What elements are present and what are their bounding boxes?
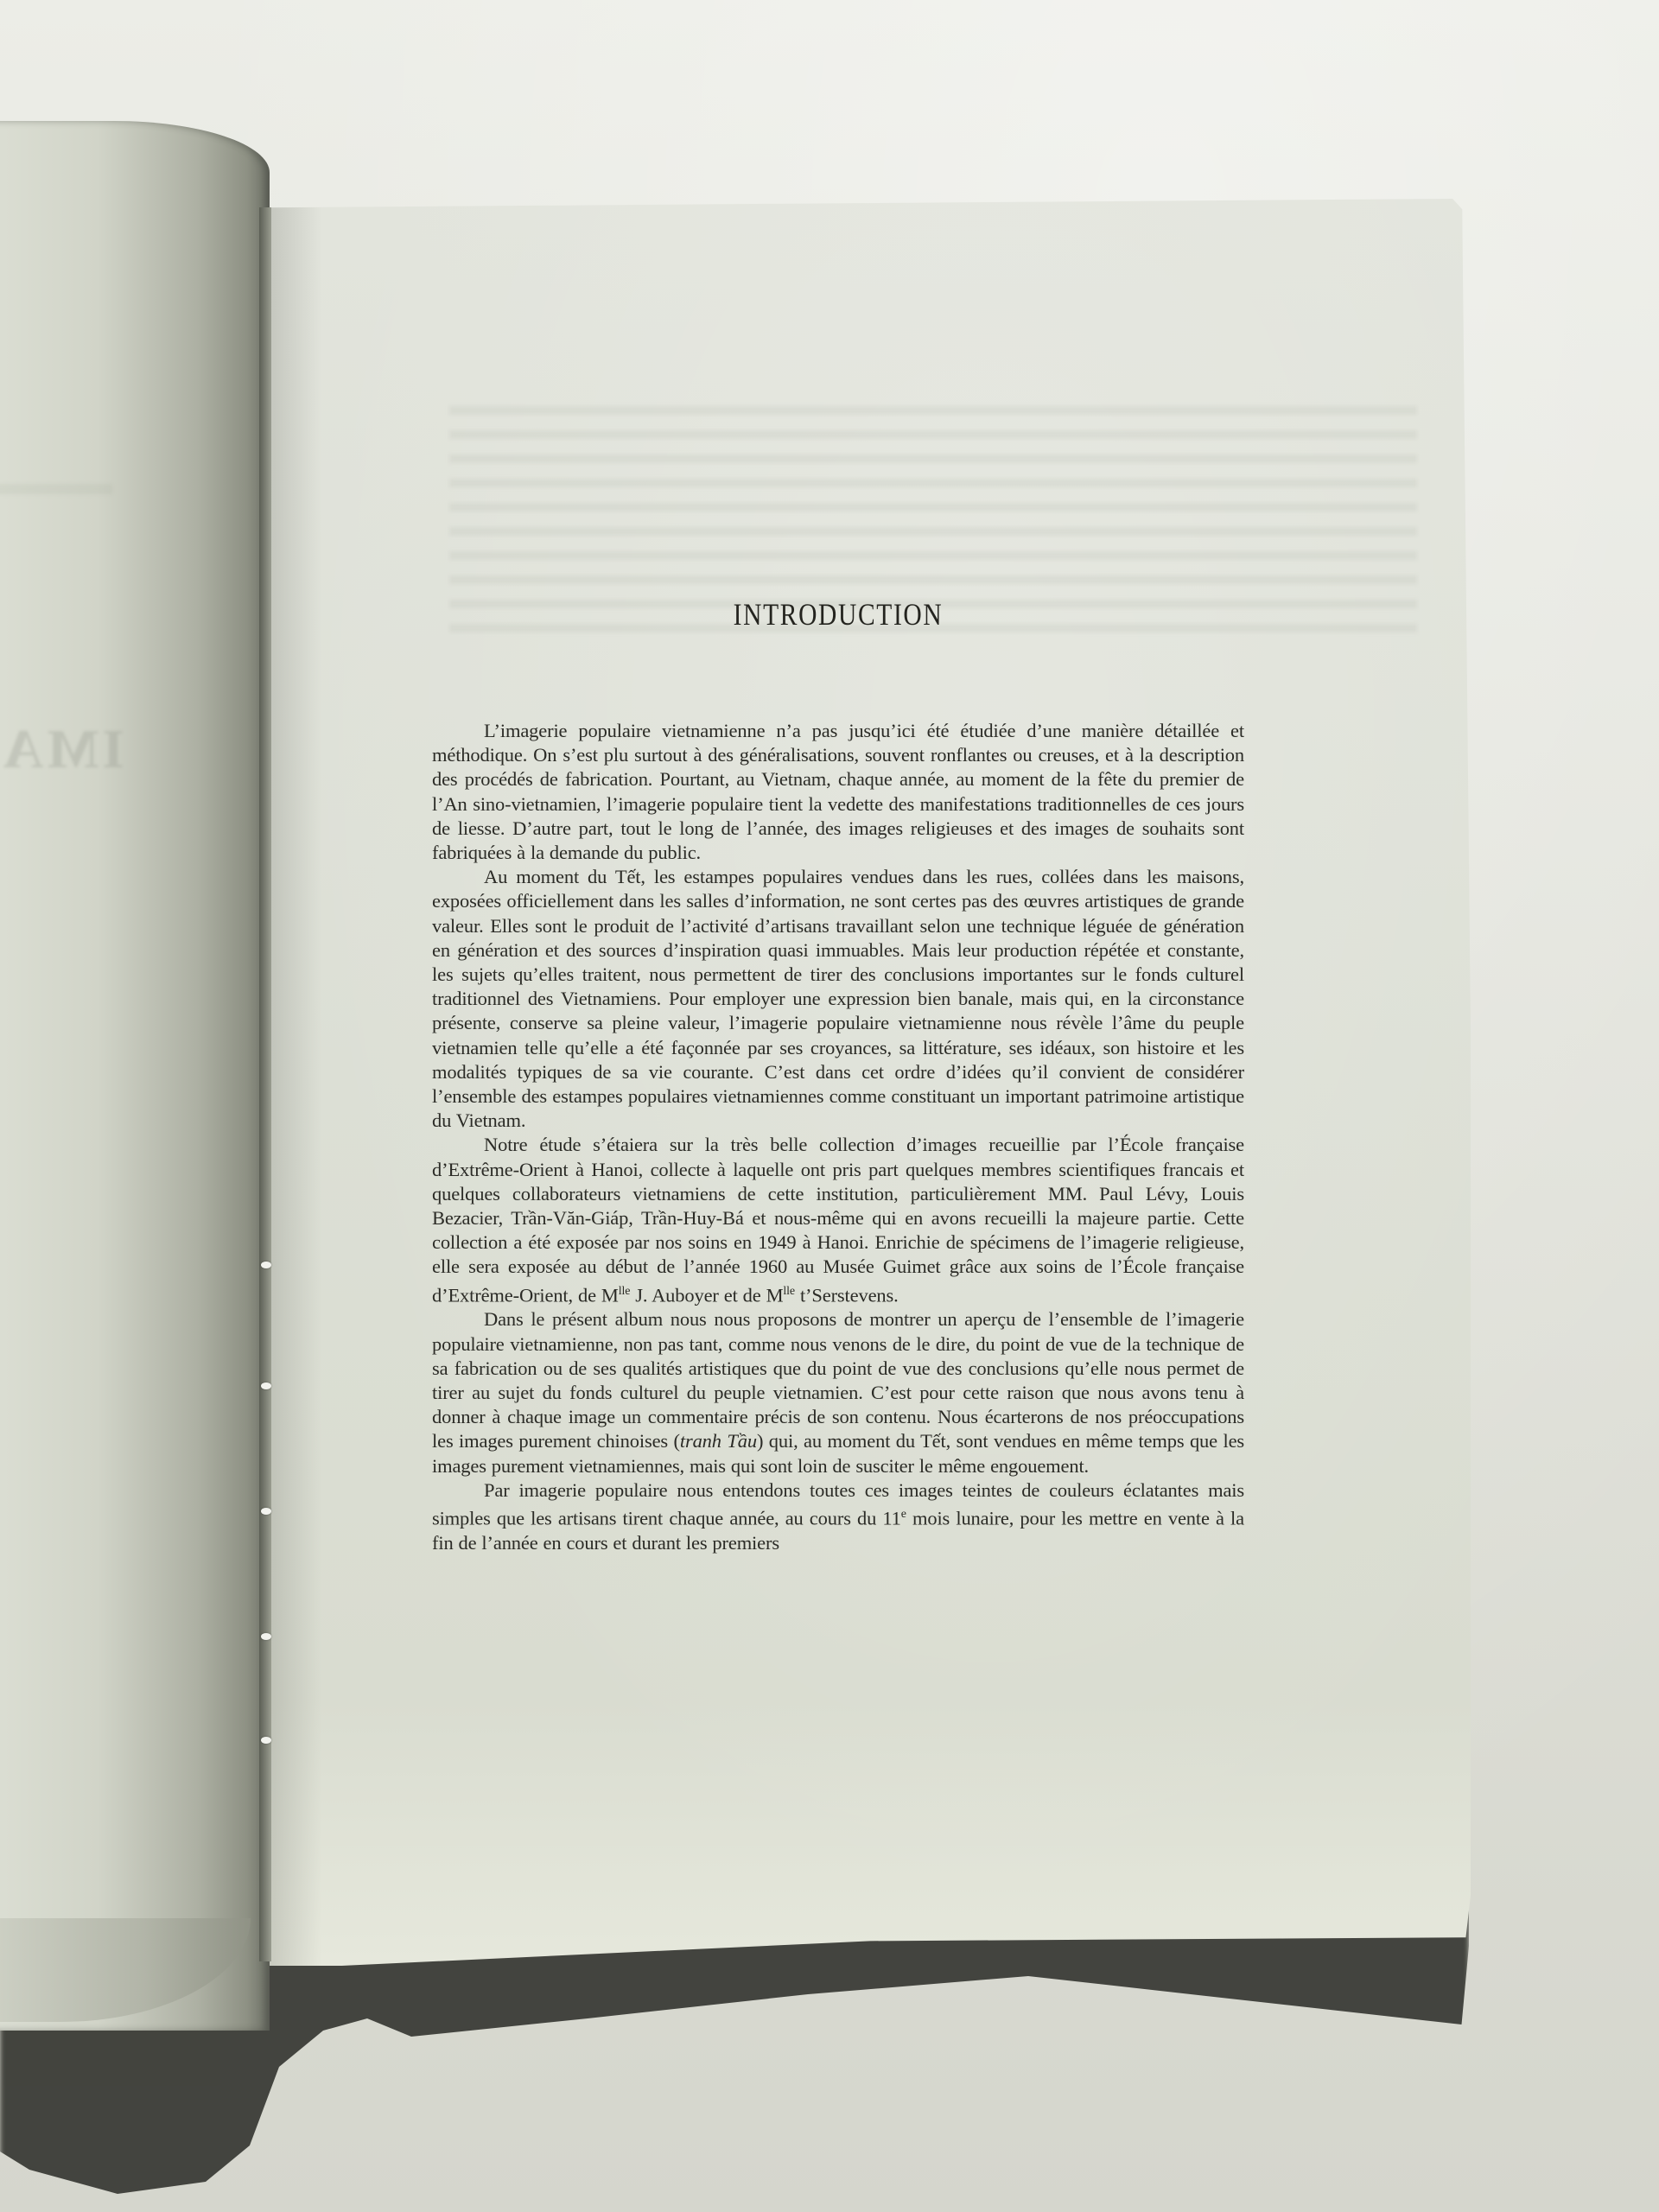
binding-stitch xyxy=(261,1382,271,1389)
book-spine xyxy=(259,207,271,1961)
paragraph-3: Notre étude s’étaiera sur la très belle … xyxy=(432,1133,1244,1307)
binding-stitch xyxy=(261,1262,271,1268)
left-page: IMA xyxy=(0,121,270,2031)
left-page-bleed-through-line xyxy=(0,484,112,494)
page-content: INTRODUCTION L’imagerie populaire vietna… xyxy=(432,596,1244,1555)
superscript-mlle: lle xyxy=(783,1285,795,1298)
paragraph-4: Dans le présent album nous nous proposon… xyxy=(432,1307,1244,1478)
binding-stitch xyxy=(261,1633,271,1640)
paragraph-1: L’imagerie populaire vietnamienne n’a pa… xyxy=(432,719,1244,865)
italic-term: tranh Tầu xyxy=(680,1430,757,1452)
binding-stitch xyxy=(261,1508,271,1515)
paragraph-3-text: Notre étude s’étaiera sur la très belle … xyxy=(432,1134,1244,1306)
paragraph-5: Par imagerie populaire nous entendons to… xyxy=(432,1478,1244,1555)
binding-stitch xyxy=(261,1737,271,1744)
left-page-bleed-through-text: IMA xyxy=(0,717,124,781)
paragraph-2: Au moment du Tết, les estampes populaire… xyxy=(432,865,1244,1133)
superscript-mlle: lle xyxy=(619,1285,631,1298)
page-title: INTRODUCTION xyxy=(505,596,1172,632)
paragraph-3-text: J. Auboyer et de M xyxy=(630,1284,783,1306)
paragraph-3-text: t’Serstevens. xyxy=(795,1284,899,1306)
